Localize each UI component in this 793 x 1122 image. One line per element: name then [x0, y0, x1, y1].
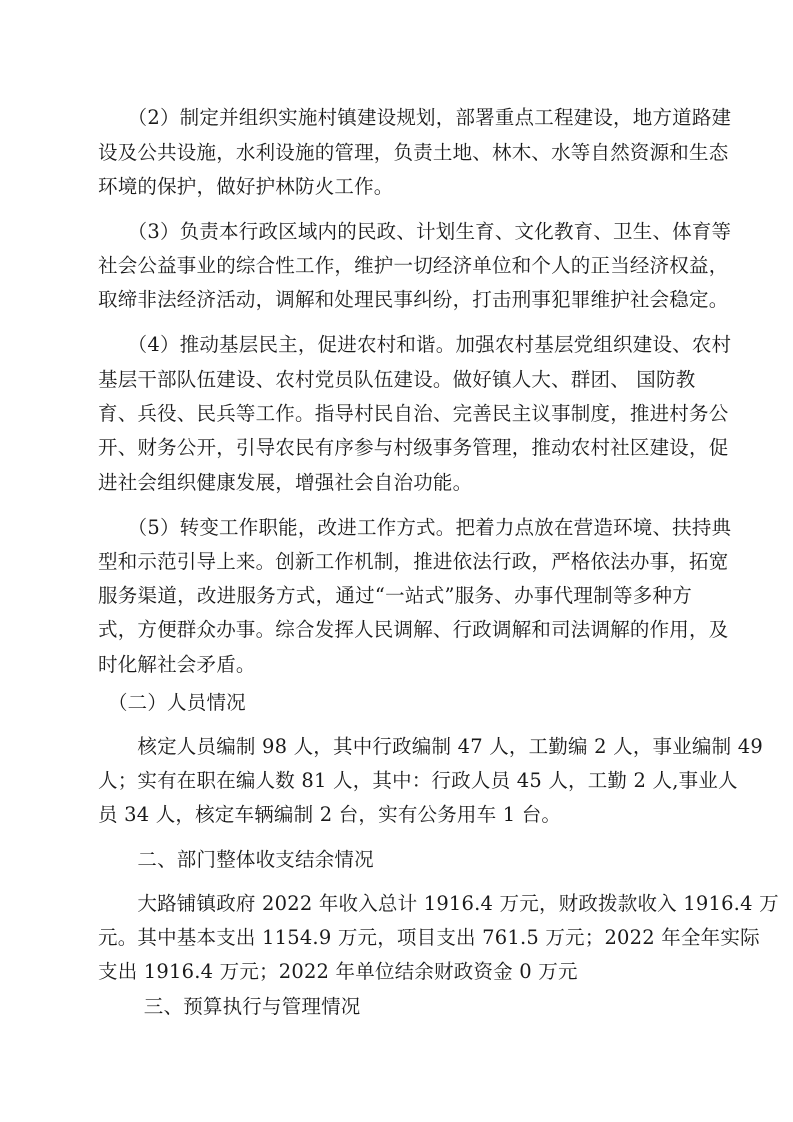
- paragraph-line: 环境的保护，做好护林防火工作。: [98, 172, 698, 202]
- paragraph-line: 员 34 人，核定车辆编制 2 台，实有公务用车 1 台。: [98, 800, 698, 830]
- paragraph-line: 进社会组织健康发展，增强社会自治功能。: [98, 468, 698, 498]
- paragraph-line: 人；实有在职在编人数 81 人，其中：行政人员 45 人，工勤 2 人,事业人: [98, 766, 692, 796]
- paragraph-line: 元。其中基本支出 1154.9 万元，项目支出 761.5 万元；2022 年全…: [98, 923, 692, 953]
- paragraph-line: 基层干部队伍建设、农村党员队伍建设。做好镇人大、群团、 国防教: [98, 365, 698, 395]
- paragraph-line: 核定人员编制 98 人，其中行政编制 47 人，工勤编 2 人，事业编制 49: [98, 732, 692, 762]
- heading-text: 三、预算执行与管理情况: [98, 992, 698, 1022]
- paragraph-line: （3）负责本行政区域内的民政、计划生育、文化教育、卫生、体育等: [98, 217, 692, 247]
- paragraph-line: 社会公益事业的综合性工作，维护一切经济单位和个人的正当经济权益，: [98, 251, 692, 281]
- paragraph-line: 开、财务公开，引导农民有序参与村级事务管理，推动农村社区建设，促: [98, 433, 692, 463]
- paragraph-line: 设及公共设施，水利设施的管理，负责土地、林木、水等自然资源和生态: [98, 138, 692, 168]
- document-page: （2）制定并组织实施村镇建设规划，部署重点工程建设，地方道路建设及公共设施，水利…: [0, 0, 793, 1122]
- paragraph-line: （5）转变工作职能，改进工作方式。把着力点放在营造环境、扶持典: [98, 513, 692, 543]
- paragraph-line: （4）推动基层民主，促进农村和谐。加强农村基层党组织建设、农村: [98, 330, 692, 360]
- paragraph-line: 支出 1916.4 万元；2022 年单位结余财政资金 0 万元: [98, 957, 698, 987]
- paragraph-line: 服务渠道，改进服务方式，通过“一站式”服务、办事代理制等多种方: [98, 581, 692, 611]
- paragraph-line: 式，方便群众办事。综合发挥人民调解、行政调解和司法调解的作用，及: [98, 615, 692, 645]
- paragraph-line: 育、兵役、民兵等工作。指导村民自治、完善民主议事制度，推进村务公: [98, 399, 692, 429]
- heading-text: 二、部门整体收支结余情况: [98, 845, 698, 875]
- paragraph-line: 取缔非法经济活动，调解和处理民事纠纷，打击刑事犯罪维护社会稳定。: [98, 285, 692, 315]
- paragraph-line: 时化解社会矛盾。: [98, 650, 698, 680]
- heading-text: （二）人员情况: [98, 688, 698, 718]
- paragraph-line: 大路铺镇政府 2022 年收入总计 1916.4 万元，财政拨款收入 1916.…: [98, 889, 692, 919]
- paragraph-line: 型和示范引导上来。创新工作机制，推进依法行政，严格依法办事，拓宽: [98, 547, 692, 577]
- paragraph-line: （2）制定并组织实施村镇建设规划，部署重点工程建设，地方道路建: [98, 103, 692, 133]
